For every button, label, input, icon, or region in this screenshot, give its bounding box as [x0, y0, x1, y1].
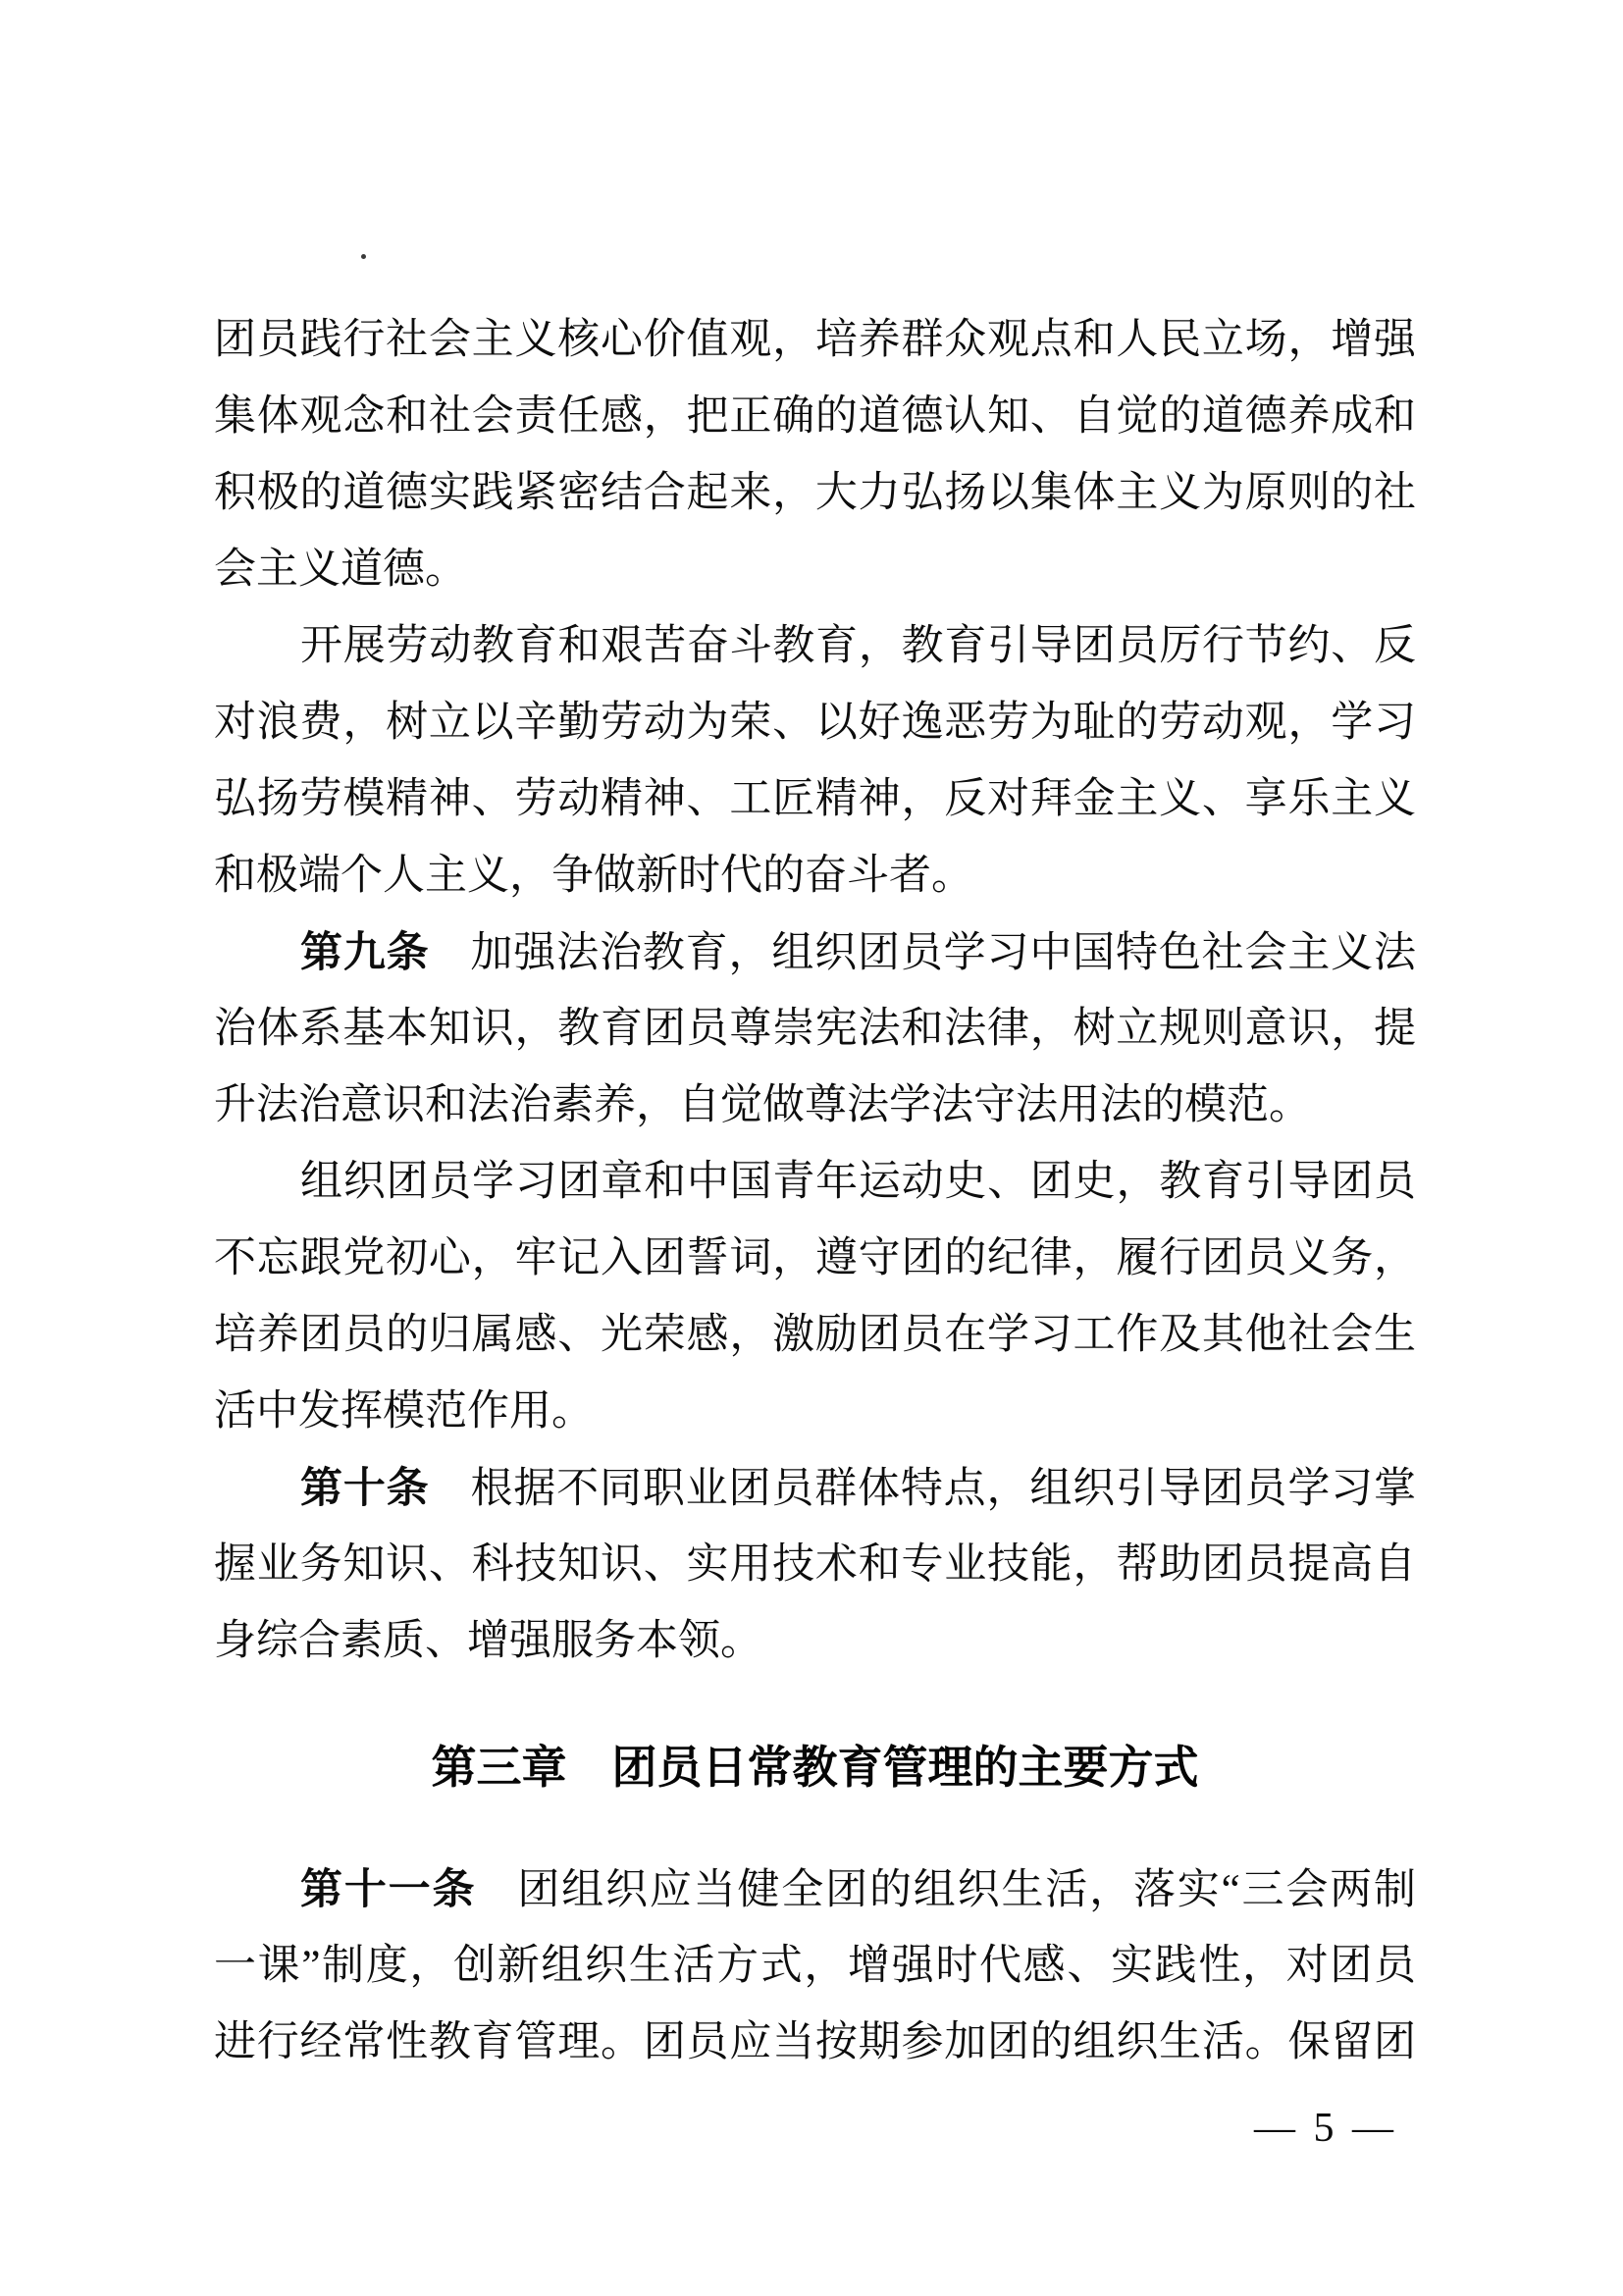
body-line: 一课”制度，创新组织生活方式，增强时代感、实践性，对团员 [214, 1928, 1416, 2005]
body-line: 弘扬劳模精神、劳动精神、工匠精神，反对拜金主义、享乐主义 [214, 761, 1416, 838]
body-line: 集体观念和社会责任感，把正确的道德认知、自觉的道德养成和 [214, 379, 1416, 455]
body-line: 活中发挥模范作用。 [214, 1374, 1416, 1450]
body-line: 团员践行社会主义核心价值观，培养群众观点和人民立场，增强 [214, 302, 1416, 379]
article-text: 加强法治教育，组织团员学习中国特色社会主义法 [471, 930, 1417, 976]
body-line: 对浪费，树立以辛勤劳动为荣、以好逸恶劳为耻的劳动观，学习 [214, 685, 1416, 761]
article-text: 根据不同职业团员群体特点，组织引导团员学习掌 [471, 1466, 1417, 1512]
document-page: 团员践行社会主义核心价值观，培养群众观点和人民立场，增强 集体观念和社会责任感，… [0, 0, 1623, 2296]
body-line: 不忘跟党初心，牢记入团誓词，遵守团的纪律，履行团员义务， [214, 1221, 1416, 1297]
body-line: 升法治意识和法治素养，自觉做尊法学法守法用法的模范。 [214, 1068, 1416, 1144]
body-line: 握业务知识、科技知识、实用技术和专业技能，帮助团员提高自 [214, 1527, 1416, 1603]
page-number: — 5 — [1254, 2102, 1397, 2155]
body-line: 组织团员学习团章和中国青年运动史、团史，教育引导团员 [214, 1144, 1416, 1221]
article-text: 团组织应当健全团的组织生活，落实“三会两制 [517, 1867, 1416, 1913]
chapter-heading-row: 第三章 团员日常教育管理的主要方式 [214, 1729, 1416, 1805]
body-line-article-9: 第九条加强法治教育，组织团员学习中国特色社会主义法 [214, 914, 1416, 991]
article-label: 第十条 [300, 1465, 430, 1512]
body-line: 和极端个人主义，争做新时代的奋斗者。 [214, 838, 1416, 914]
article-label: 第九条 [300, 929, 430, 976]
body-line-article-11: 第十一条团组织应当健全团的组织生活，落实“三会两制 [214, 1852, 1416, 1928]
body-line: 治体系基本知识，教育团员尊崇宪法和法律，树立规则意识，提 [214, 991, 1416, 1068]
page-content: 团员践行社会主义核心价值观，培养群众观点和人民立场，增强 集体观念和社会责任感，… [214, 302, 1416, 2081]
article-label: 第十一条 [300, 1866, 476, 1913]
body-line: 进行经常性教育管理。团员应当按期参加团的组织生活。保留团 [214, 2005, 1416, 2081]
body-line: 开展劳动教育和艰苦奋斗教育，教育引导团员厉行节约、反 [214, 608, 1416, 685]
scan-speck [361, 254, 366, 259]
body-line: 培养团员的归属感、光荣感，激励团员在学习工作及其他社会生 [214, 1297, 1416, 1374]
body-line: 会主义道德。 [214, 532, 1416, 608]
body-line-article-10: 第十条根据不同职业团员群体特点，组织引导团员学习掌 [214, 1450, 1416, 1527]
chapter-heading: 第三章 团员日常教育管理的主要方式 [432, 1742, 1199, 1793]
body-line: 积极的道德实践紧密结合起来，大力弘扬以集体主义为原则的社 [214, 455, 1416, 532]
body-line: 身综合素质、增强服务本领。 [214, 1603, 1416, 1680]
